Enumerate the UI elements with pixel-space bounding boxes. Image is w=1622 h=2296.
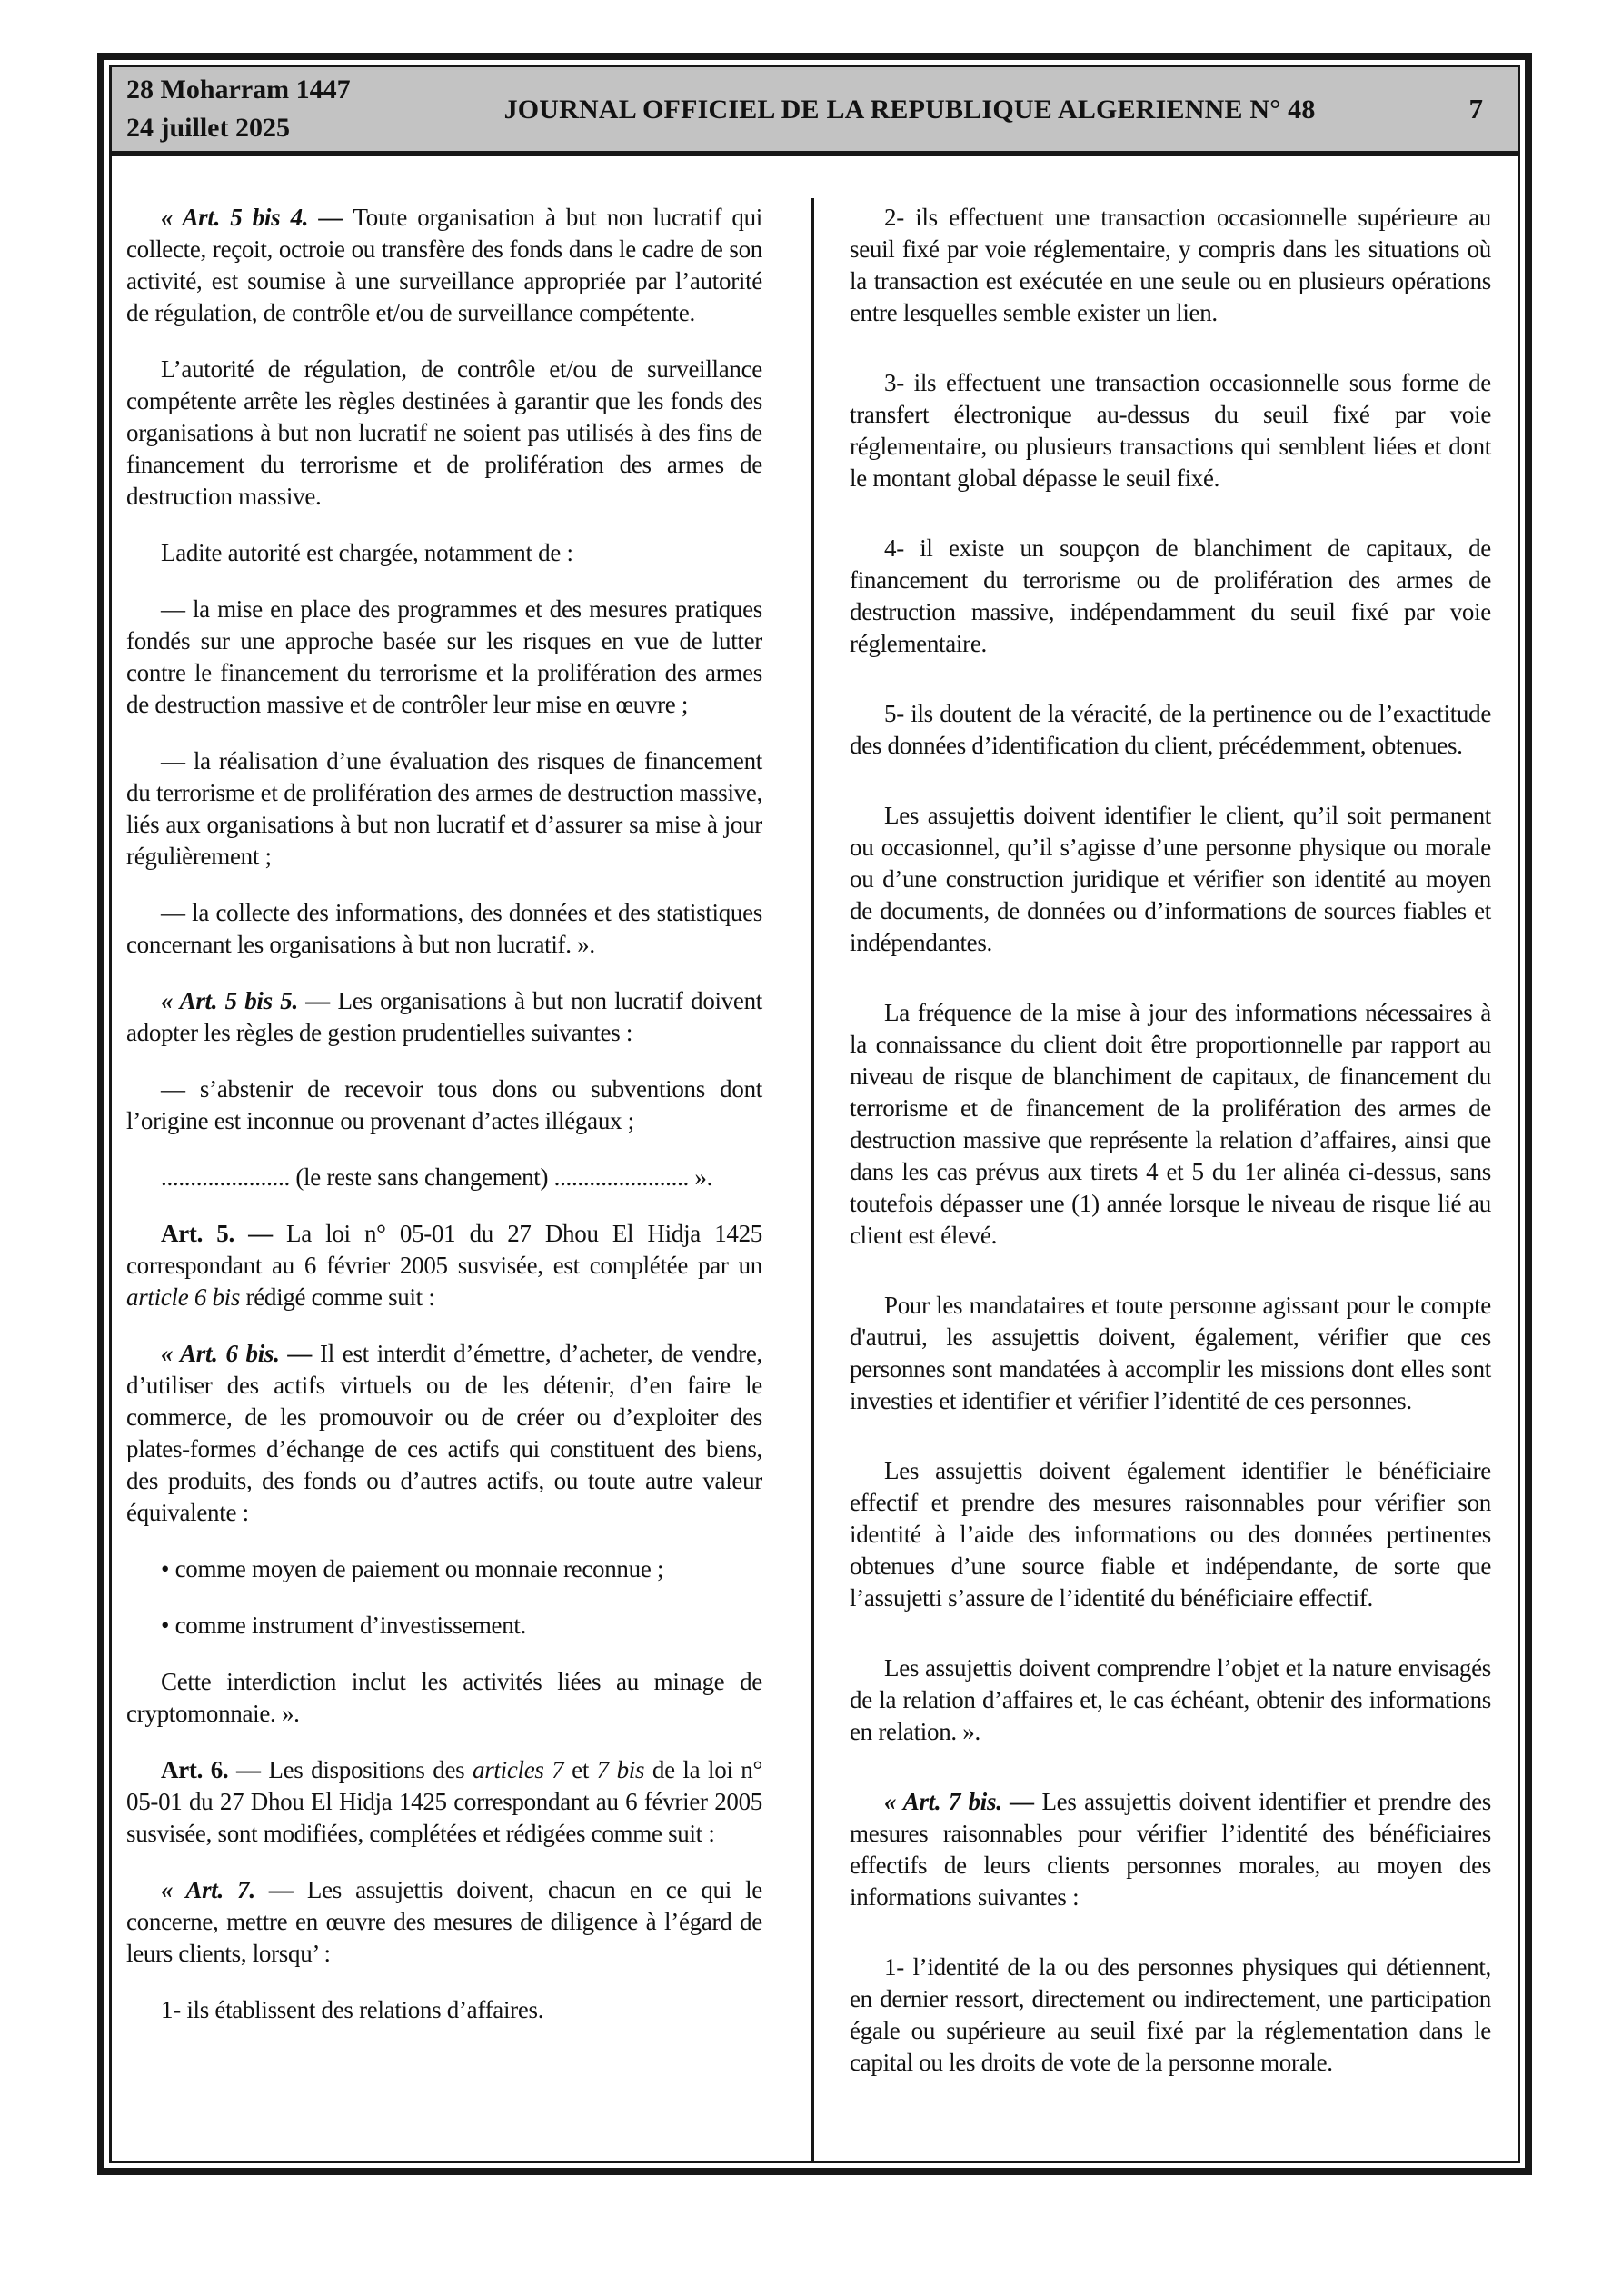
text-segment: • comme moyen de paiement ou monnaie rec… [161, 1555, 663, 1582]
text-segment-bi: « Art. 5 bis 5. — [161, 987, 337, 1014]
right-column: 2- ils effectuent une transaction occasi… [850, 202, 1491, 2117]
paragraph: L’autorité de régulation, de contrôle et… [126, 354, 762, 513]
paragraph: Les assujettis doivent également identif… [850, 1455, 1491, 1614]
left-column: « Art. 5 bis 4. — Toute organisation à b… [126, 202, 762, 2051]
text-segment: Les assujettis doivent également identif… [850, 1457, 1491, 1612]
journal-title: JOURNAL OFFICIEL DE LA REPUBLIQUE ALGERI… [351, 93, 1469, 125]
text-segment-bi: « Art. 5 bis 4. — [161, 204, 353, 231]
text-segment: — la réalisation d’une évaluation des ri… [126, 747, 762, 870]
paragraph: 4- il existe un soupçon de blanchiment d… [850, 533, 1491, 660]
text-segment: — la mise en place des programmes et des… [126, 595, 762, 718]
text-segment: Cette interdiction inclut les activités … [126, 1668, 762, 1727]
text-segment-i: 7 bis [597, 1756, 644, 1783]
text-segment: 5- ils doutent de la véracité, de la per… [850, 700, 1491, 759]
page-number: 7 [1469, 93, 1518, 125]
paragraph: 1- ils établissent des relations d’affai… [126, 1994, 762, 2026]
text-segment: L’autorité de régulation, de contrôle et… [126, 355, 762, 510]
text-segment: ...................... (le reste sans ch… [161, 1163, 712, 1191]
paragraph: Les assujettis doivent identifier le cli… [850, 800, 1491, 959]
paragraph: Pour les mandataires et toute personne a… [850, 1290, 1491, 1417]
text-segment: La fréquence de la mise à jour des infor… [850, 999, 1491, 1249]
text-segment-b: Art. 6. — [161, 1756, 268, 1783]
text-segment: 1- l’identité de la ou des personnes phy… [850, 1953, 1491, 2076]
column-divider [811, 198, 814, 2161]
text-segment: Les assujettis doivent comprendre l’obje… [850, 1654, 1491, 1745]
paragraph: 3- ils effectuent une transaction occasi… [850, 367, 1491, 494]
header-dates: 28 Moharram 1447 24 juillet 2025 [112, 71, 351, 147]
page-content: « Art. 5 bis 4. — Toute organisation à b… [112, 156, 1518, 2161]
text-segment-b: Art. 5. — [161, 1220, 286, 1247]
text-segment: — s’abstenir de recevoir tous dons ou su… [126, 1075, 762, 1134]
paragraph: ...................... (le reste sans ch… [126, 1162, 762, 1193]
paragraph: 5- ils doutent de la véracité, de la per… [850, 698, 1491, 762]
text-segment-i: article 6 bis [126, 1283, 240, 1311]
page-frame-inner: 28 Moharram 1447 24 juillet 2025 JOURNAL… [109, 65, 1520, 2163]
text-segment: 2- ils effectuent une transaction occasi… [850, 204, 1491, 326]
paragraph: Ladite autorité est chargée, notamment d… [126, 537, 762, 569]
paragraph: « Art. 7 bis. — Les assujettis doivent i… [850, 1786, 1491, 1913]
date-hijri: 28 Moharram 1447 [126, 71, 351, 109]
paragraph: 2- ils effectuent une transaction occasi… [850, 202, 1491, 329]
text-segment: Pour les mandataires et toute personne a… [850, 1292, 1491, 1414]
paragraph: • comme instrument d’investissement. [126, 1610, 762, 1642]
paragraph: Art. 5. — La loi n° 05-01 du 27 Dhou El … [126, 1218, 762, 1313]
page-frame: 28 Moharram 1447 24 juillet 2025 JOURNAL… [97, 53, 1532, 2175]
text-segment-bi: « Art. 7 bis. — [884, 1788, 1041, 1815]
text-segment: 4- il existe un soupçon de blanchiment d… [850, 534, 1491, 657]
paragraph: — la collecte des informations, des donn… [126, 897, 762, 961]
paragraph: « Art. 6 bis. — Il est interdit d’émettr… [126, 1338, 762, 1529]
paragraph: « Art. 7. — Les assujettis doivent, chac… [126, 1874, 762, 1970]
date-gregorian: 24 juillet 2025 [126, 109, 351, 147]
text-segment: Ladite autorité est chargée, notamment d… [161, 539, 573, 566]
text-segment: 3- ils effectuent une transaction occasi… [850, 369, 1491, 492]
paragraph: « Art. 5 bis 5. — Les organisations à bu… [126, 985, 762, 1049]
paragraph: Art. 6. — Les dispositions des articles … [126, 1754, 762, 1850]
text-segment: 1- ils établissent des relations d’affai… [161, 1996, 543, 2023]
page-header: 28 Moharram 1447 24 juillet 2025 JOURNAL… [112, 67, 1518, 156]
paragraph: — la mise en place des programmes et des… [126, 594, 762, 721]
paragraph: La fréquence de la mise à jour des infor… [850, 997, 1491, 1252]
text-segment-bi: « Art. 7. — [161, 1876, 307, 1903]
paragraph: Cette interdiction inclut les activités … [126, 1666, 762, 1730]
text-segment: Les dispositions des [268, 1756, 473, 1783]
paragraph: Les assujettis doivent comprendre l’obje… [850, 1652, 1491, 1748]
paragraph: — s’abstenir de recevoir tous dons ou su… [126, 1073, 762, 1137]
text-segment: rédigé comme suit : [240, 1283, 434, 1311]
text-segment: • comme instrument d’investissement. [161, 1612, 526, 1639]
text-segment: — la collecte des informations, des donn… [126, 899, 762, 958]
text-segment-bi: « Art. 6 bis. — [161, 1340, 320, 1367]
text-segment-i: articles 7 [473, 1756, 563, 1783]
paragraph: — la réalisation d’une évaluation des ri… [126, 745, 762, 873]
text-segment: et [563, 1756, 596, 1783]
paragraph: • comme moyen de paiement ou monnaie rec… [126, 1553, 762, 1585]
text-segment: Il est interdit d’émettre, d’acheter, de… [126, 1340, 762, 1526]
paragraph: 1- l’identité de la ou des personnes phy… [850, 1952, 1491, 2079]
text-segment: Les assujettis doivent identifier le cli… [850, 802, 1491, 956]
paragraph: « Art. 5 bis 4. — Toute organisation à b… [126, 202, 762, 329]
